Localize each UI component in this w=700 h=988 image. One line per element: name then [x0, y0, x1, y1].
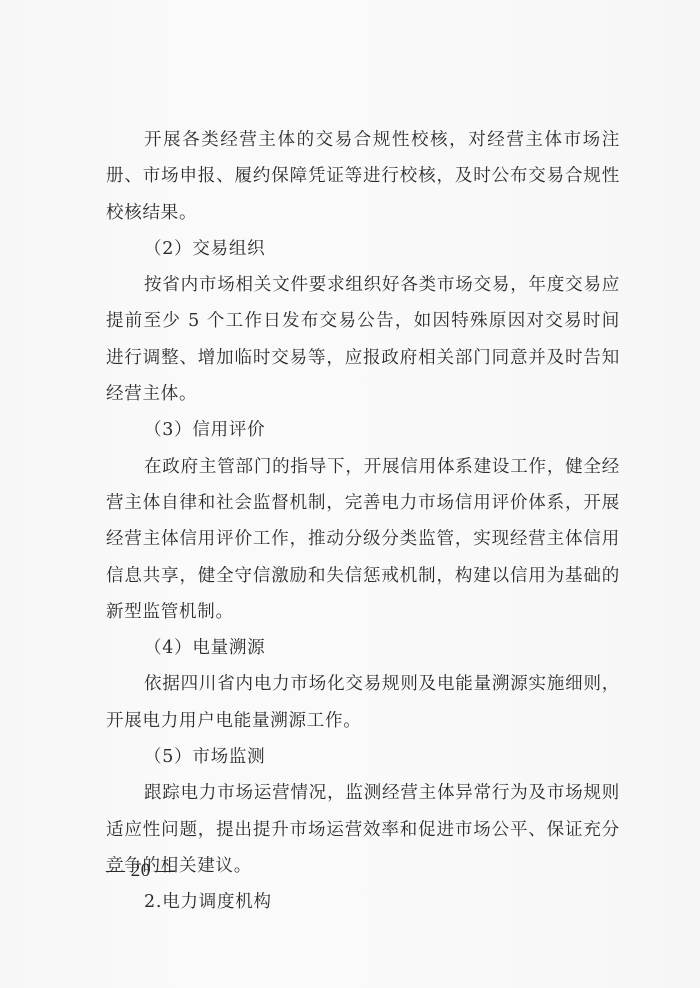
heading-energy-tracing: （4）电量溯源	[106, 630, 620, 666]
heading-trade-organization: （2）交易组织	[106, 231, 620, 267]
heading-credit-evaluation: （3）信用评价	[106, 412, 620, 448]
paragraph-trade-organization: 按省内市场相关文件要求组织好各类市场交易，年度交易应提前至少 5 个工作日发布交…	[106, 267, 620, 412]
document-page: 开展各类经营主体的交易合规性校核，对经营主体市场注册、市场申报、履约保障凭证等进…	[0, 0, 700, 988]
paragraph-market-monitoring: 跟踪电力市场运营情况，监测经营主体异常行为及市场规则适应性问题，提出提升市场运营…	[106, 775, 620, 884]
page-content: 开展各类经营主体的交易合规性校核，对经营主体市场注册、市场申报、履约保障凭证等进…	[106, 122, 620, 921]
paragraph-energy-tracing: 依据四川省内电力市场化交易规则及电能量溯源实施细则，开展电力用户电能量溯源工作。	[106, 666, 620, 739]
paragraph-compliance-check: 开展各类经营主体的交易合规性校核，对经营主体市场注册、市场申报、履约保障凭证等进…	[106, 122, 620, 231]
heading-market-monitoring: （5）市场监测	[106, 739, 620, 775]
paragraph-credit-evaluation: 在政府主管部门的指导下，开展信用体系建设工作，健全经营主体自律和社会监督机制，完…	[106, 449, 620, 630]
page-number: — 20 —	[106, 860, 176, 882]
heading-dispatch-agency: 2.电力调度机构	[106, 884, 620, 920]
